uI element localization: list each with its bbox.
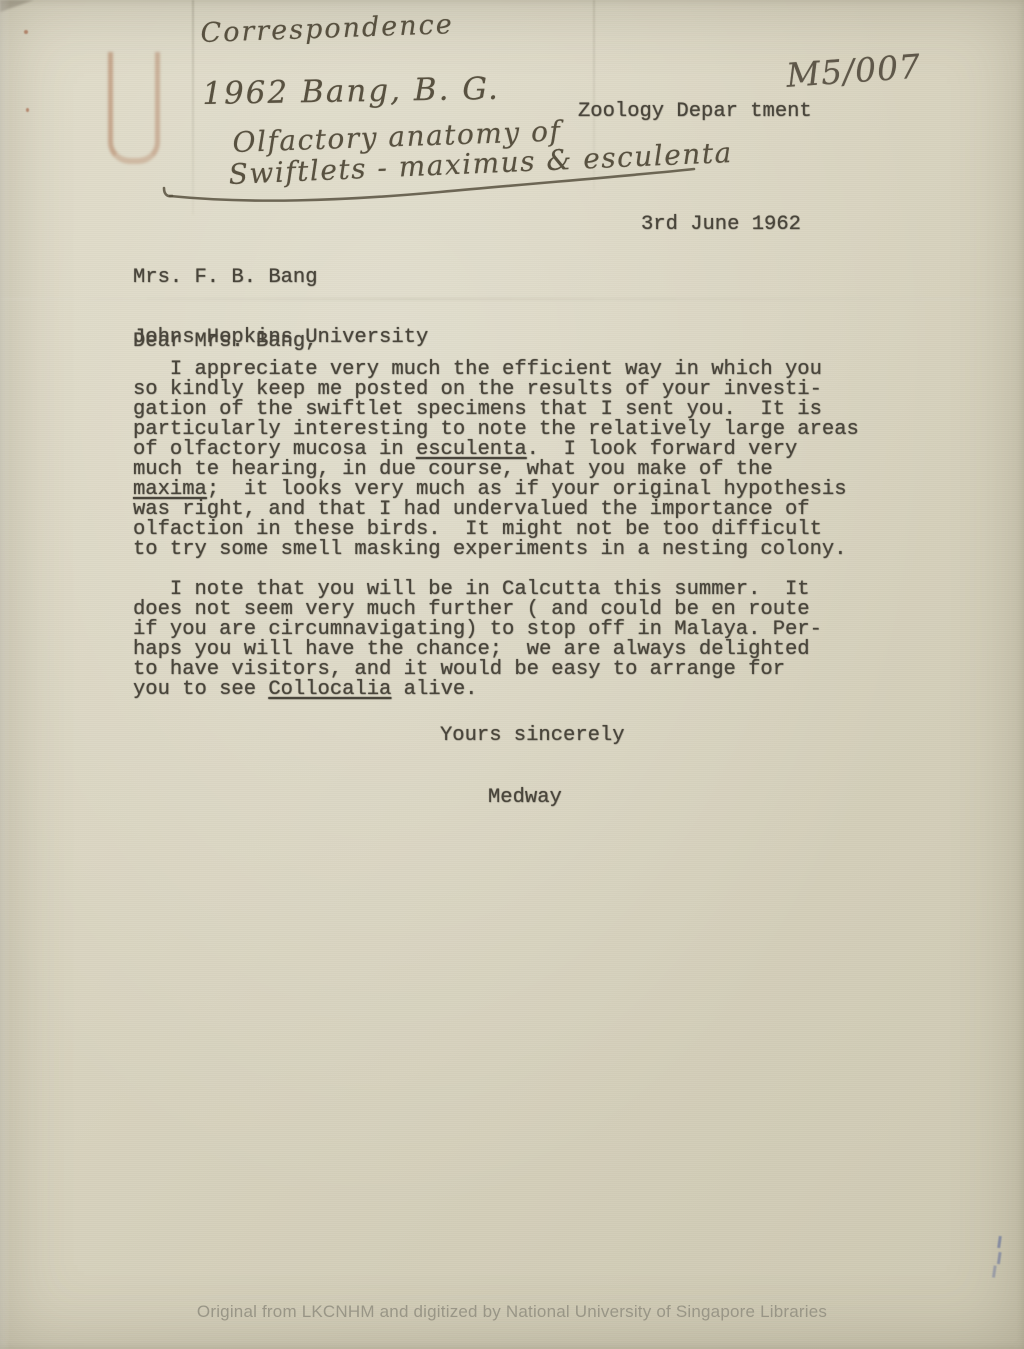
recipient-name: Mrs. F. B. Bang <box>133 268 428 288</box>
typed-line: olfaction in these birds. It might not b… <box>133 520 859 540</box>
typed-line: I appreciate very much the efficient way… <box>133 360 859 380</box>
typed-line: gation of the swiftlet specimens that I … <box>133 400 859 420</box>
letter-paragraph-1: I appreciate very much the efficient way… <box>133 360 859 560</box>
typed-line: much te hearing, in due course, what you… <box>133 460 859 480</box>
blue-ink-mark <box>997 1236 1002 1248</box>
valediction: Yours sincerely <box>440 726 625 746</box>
typed-line: if you are circumnavigating) to stop off… <box>133 620 822 640</box>
typed-line: so kindly keep me posted on the results … <box>133 380 859 400</box>
rust-spot <box>26 108 29 112</box>
handwritten-category-label: Correspondence <box>200 9 454 49</box>
typed-line: you to see Collocalia alive. <box>133 680 822 700</box>
digitization-credit: Original from LKCNHM and digitized by Na… <box>0 1302 1024 1322</box>
typed-line: was right, and that I had undervalued th… <box>133 500 859 520</box>
typed-line: to try some smell masking experiments in… <box>133 540 859 560</box>
underline-stroke <box>170 169 694 201</box>
underlined-species-name: Collocalia <box>268 678 391 701</box>
handwritten-catalog-entry: 1962 Bang, B. G. <box>202 71 500 112</box>
typed-line: to have visitors, and it would be easy t… <box>133 660 822 680</box>
paperclip-rust-stain <box>108 52 160 164</box>
typed-line: of olfactory mucosa in esculenta. I look… <box>133 440 859 460</box>
typed-line: maxima; it looks very much as if your or… <box>133 480 859 500</box>
signature-name: Medway <box>488 788 562 808</box>
salutation: Dear Mrs. Bang, <box>133 332 318 352</box>
letter-date: 3rd June 1962 <box>641 215 801 235</box>
handwritten-reference-code: M5/007 <box>785 47 922 95</box>
department-line: Zoology Depar tment <box>578 102 812 122</box>
typed-line: does not seem very much further ( and co… <box>133 600 822 620</box>
typed-line: particularly interesting to note the rel… <box>133 420 859 440</box>
scanned-letter-page: Correspondence 1962 Bang, B. G. Olfactor… <box>0 0 1024 1349</box>
handwritten-underline <box>160 162 700 210</box>
scan-corner-shadow <box>0 0 34 12</box>
typed-line: haps you will have the chance; we are al… <box>133 640 822 660</box>
letter-paragraph-2: I note that you will be in Calcutta this… <box>133 580 822 700</box>
paper-left-edge-highlight <box>0 0 10 1349</box>
rust-spot <box>24 30 28 34</box>
typed-line: I note that you will be in Calcutta this… <box>133 580 822 600</box>
